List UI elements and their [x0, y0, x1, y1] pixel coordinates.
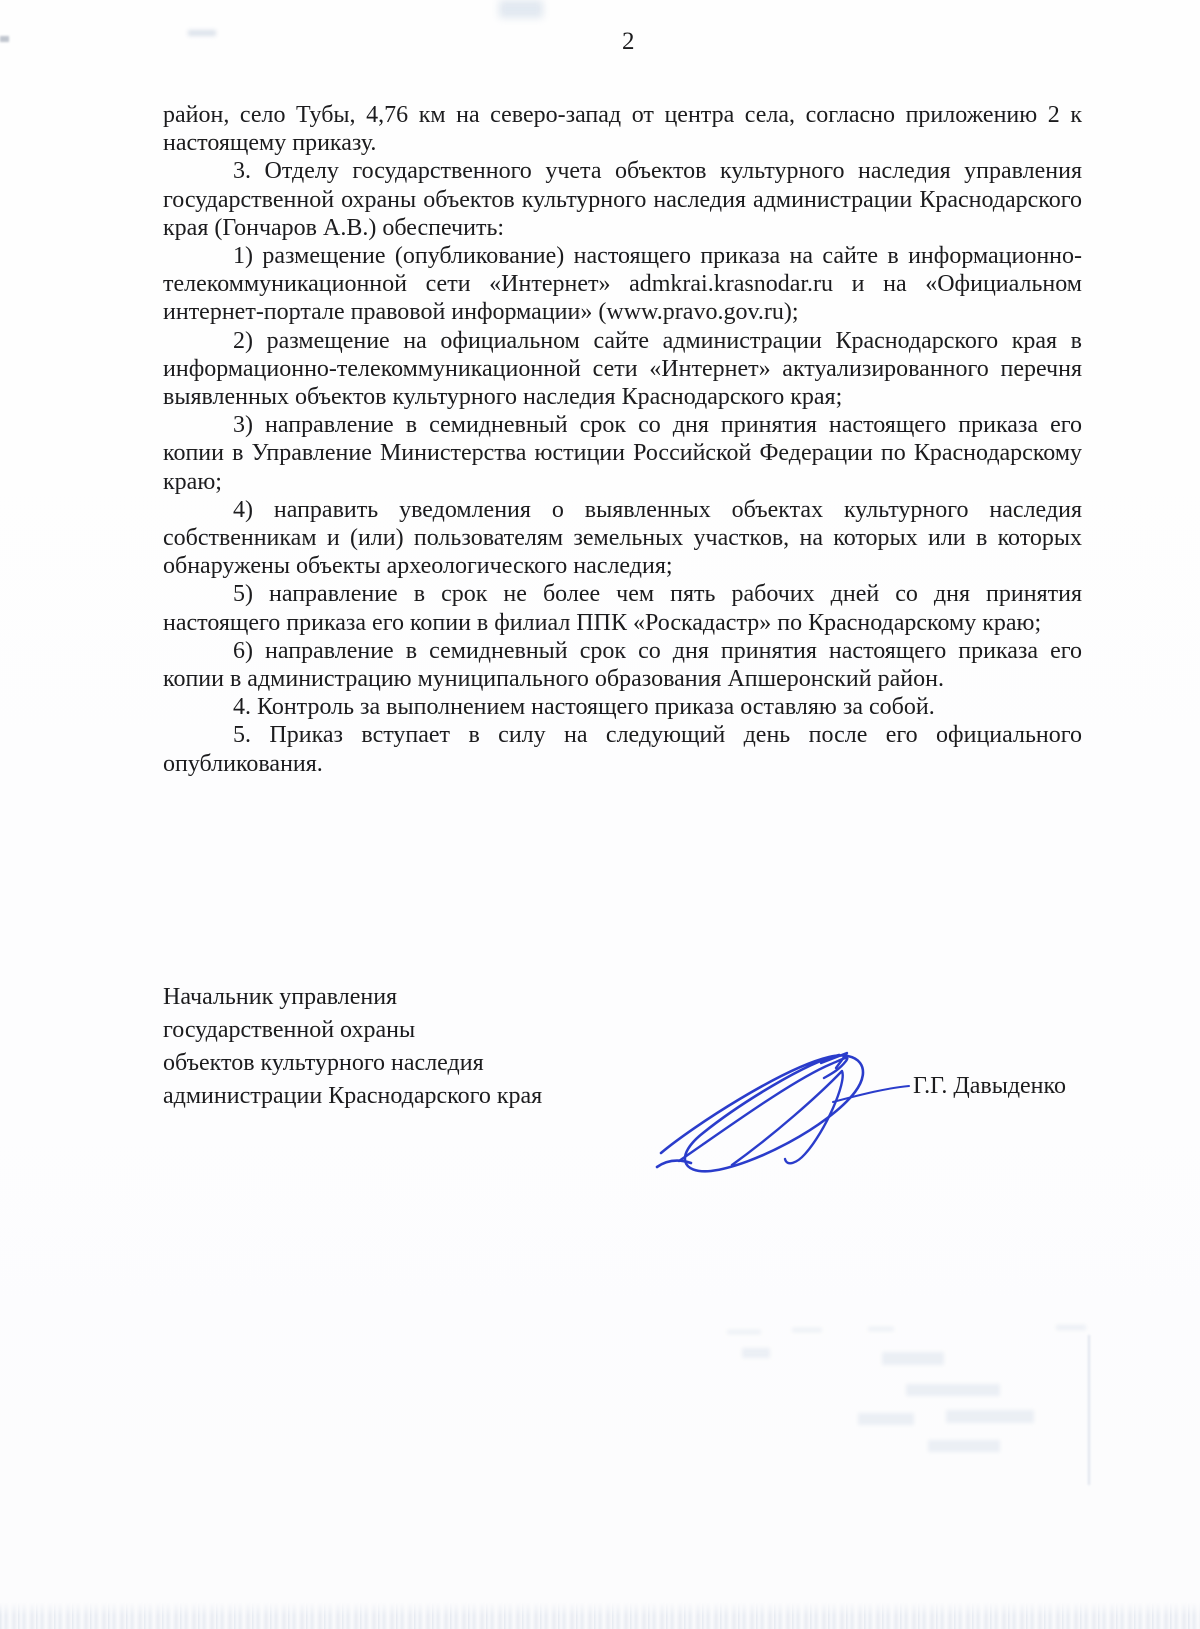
signer-title-line: объектов культурного наследия	[163, 1047, 542, 1080]
scan-artifact	[928, 1440, 1000, 1452]
scan-artifact	[946, 1410, 1034, 1423]
scan-artifact	[868, 1327, 894, 1331]
signer-title-line: администрации Краснодарского края	[163, 1080, 542, 1113]
body-paragraph: район, село Тубы, 4,76 км на северо-запа…	[163, 101, 1082, 157]
scan-artifact	[727, 1330, 761, 1334]
scan-artifact	[1088, 1335, 1090, 1485]
signer-title-line: Начальник управления	[163, 981, 542, 1014]
body-paragraph: 5) направление в срок не более чем пять …	[163, 580, 1082, 636]
scan-artifact	[906, 1384, 1000, 1396]
scan-edge-band	[0, 1602, 1200, 1629]
scan-artifact	[188, 30, 216, 36]
scanned-document-page: 2 район, село Тубы, 4,76 км на северо-за…	[0, 0, 1200, 1629]
body-paragraph: 1) размещение (опубликование) настоящего…	[163, 242, 1082, 327]
body-paragraph: 3. Отделу государственного учета объекто…	[163, 157, 1082, 242]
scan-artifact	[882, 1352, 944, 1365]
body-paragraph: 6) направление в семидневный срок со дня…	[163, 637, 1082, 693]
handwritten-signature	[635, 1040, 925, 1180]
body-paragraph: 3) направление в семидневный срок со дня…	[163, 411, 1082, 496]
body-paragraph: 4) направить уведомления о выявленных об…	[163, 496, 1082, 581]
document-body: район, село Тубы, 4,76 км на северо-запа…	[163, 101, 1082, 778]
signature-block-title: Начальник управления государственной охр…	[163, 981, 542, 1113]
scan-artifact	[499, 0, 543, 18]
signer-name: Г.Г. Давыденко	[913, 1073, 1066, 1100]
body-paragraph: 2) размещение на официальном сайте админ…	[163, 327, 1082, 412]
scan-artifact	[792, 1328, 822, 1332]
signer-title-line: государственной охраны	[163, 1014, 542, 1047]
scan-artifact	[742, 1348, 770, 1358]
body-paragraph: 5. Приказ вступает в силу на следующий д…	[163, 721, 1082, 777]
scan-artifact	[0, 36, 9, 42]
body-paragraph: 4. Контроль за выполнением настоящего пр…	[163, 693, 1082, 721]
page-number: 2	[622, 28, 635, 56]
scan-artifact	[858, 1413, 914, 1425]
scan-artifact	[1056, 1325, 1086, 1330]
